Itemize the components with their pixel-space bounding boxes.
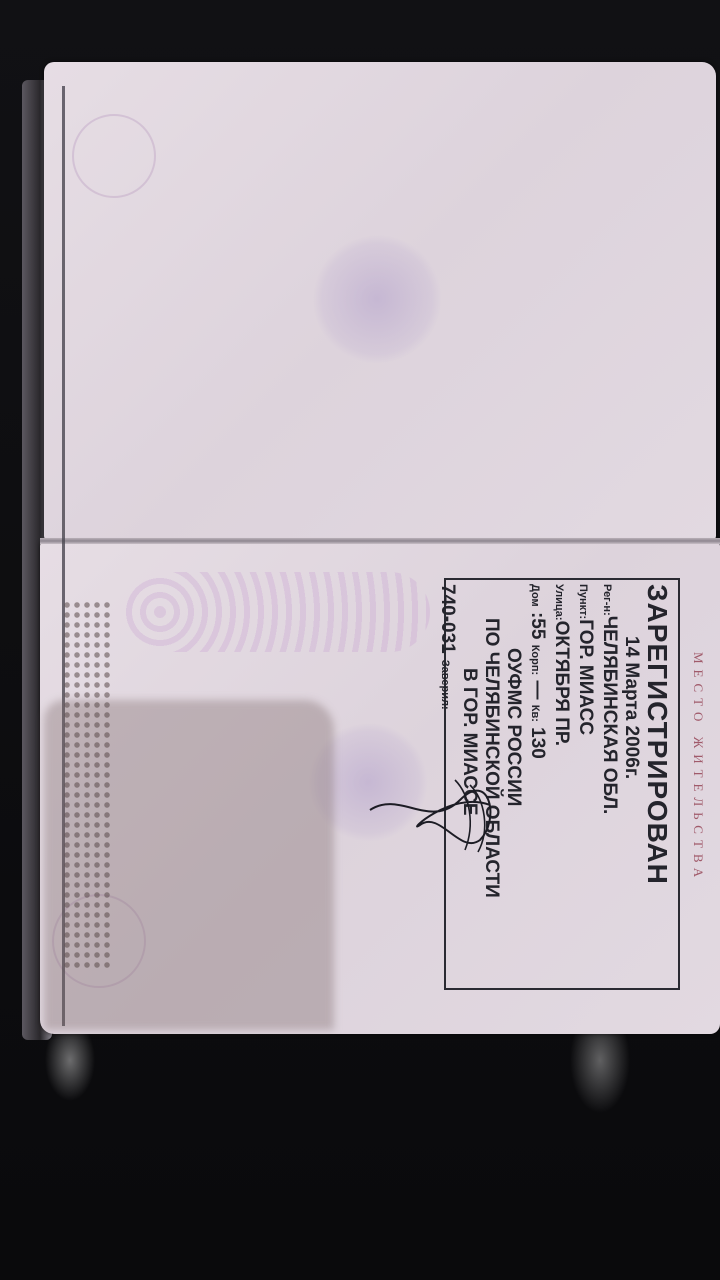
house-value: :55 <box>527 612 548 639</box>
stamp-date: 14 Марта 2006г. <box>620 584 642 982</box>
passport-spine <box>40 538 720 544</box>
region-value: ЧЕЛЯБИНСКАЯ ОБЛ. <box>599 616 620 815</box>
street-value: ОКТЯБРЯ ПР. <box>551 621 572 746</box>
region-label: Рег-н: <box>601 584 613 616</box>
signature-icon <box>360 770 510 860</box>
passport-page-top <box>44 62 716 540</box>
ornament-band <box>120 572 430 652</box>
stamp-address-numbers: Дом :55 Корп: — Кв: 130 <box>524 584 548 982</box>
building-label: Корп: <box>529 645 541 675</box>
ornament-rosette-icon <box>72 114 156 198</box>
locality-value: ГОР. МИАСС <box>575 619 596 735</box>
apartment-value: 130 <box>527 727 548 759</box>
stamp-locality: Пункт:ГОР. МИАСС <box>572 584 596 982</box>
stamp-title: ЗАРЕГИСТРИРОВАН <box>642 584 672 982</box>
house-label: Дом <box>529 584 541 607</box>
street-label: Улица: <box>553 584 565 621</box>
stamp-region: Рег-н:ЧЕЛЯБИНСКАЯ ОБЛ. <box>596 584 620 982</box>
department-code: 740-031 <box>436 584 458 654</box>
stamp-street: Улица:ОКТЯБРЯ ПР. <box>548 584 572 982</box>
page-heading: МЕСТО ЖИТЕЛЬСТВА <box>690 652 706 883</box>
certified-label: Заверил: <box>434 660 456 710</box>
watermark-emblem-icon <box>312 234 442 364</box>
perforated-serial-number <box>62 600 112 970</box>
building-value: — <box>527 680 548 699</box>
locality-label: Пункт: <box>577 584 589 619</box>
apartment-label: Кв: <box>529 705 541 722</box>
